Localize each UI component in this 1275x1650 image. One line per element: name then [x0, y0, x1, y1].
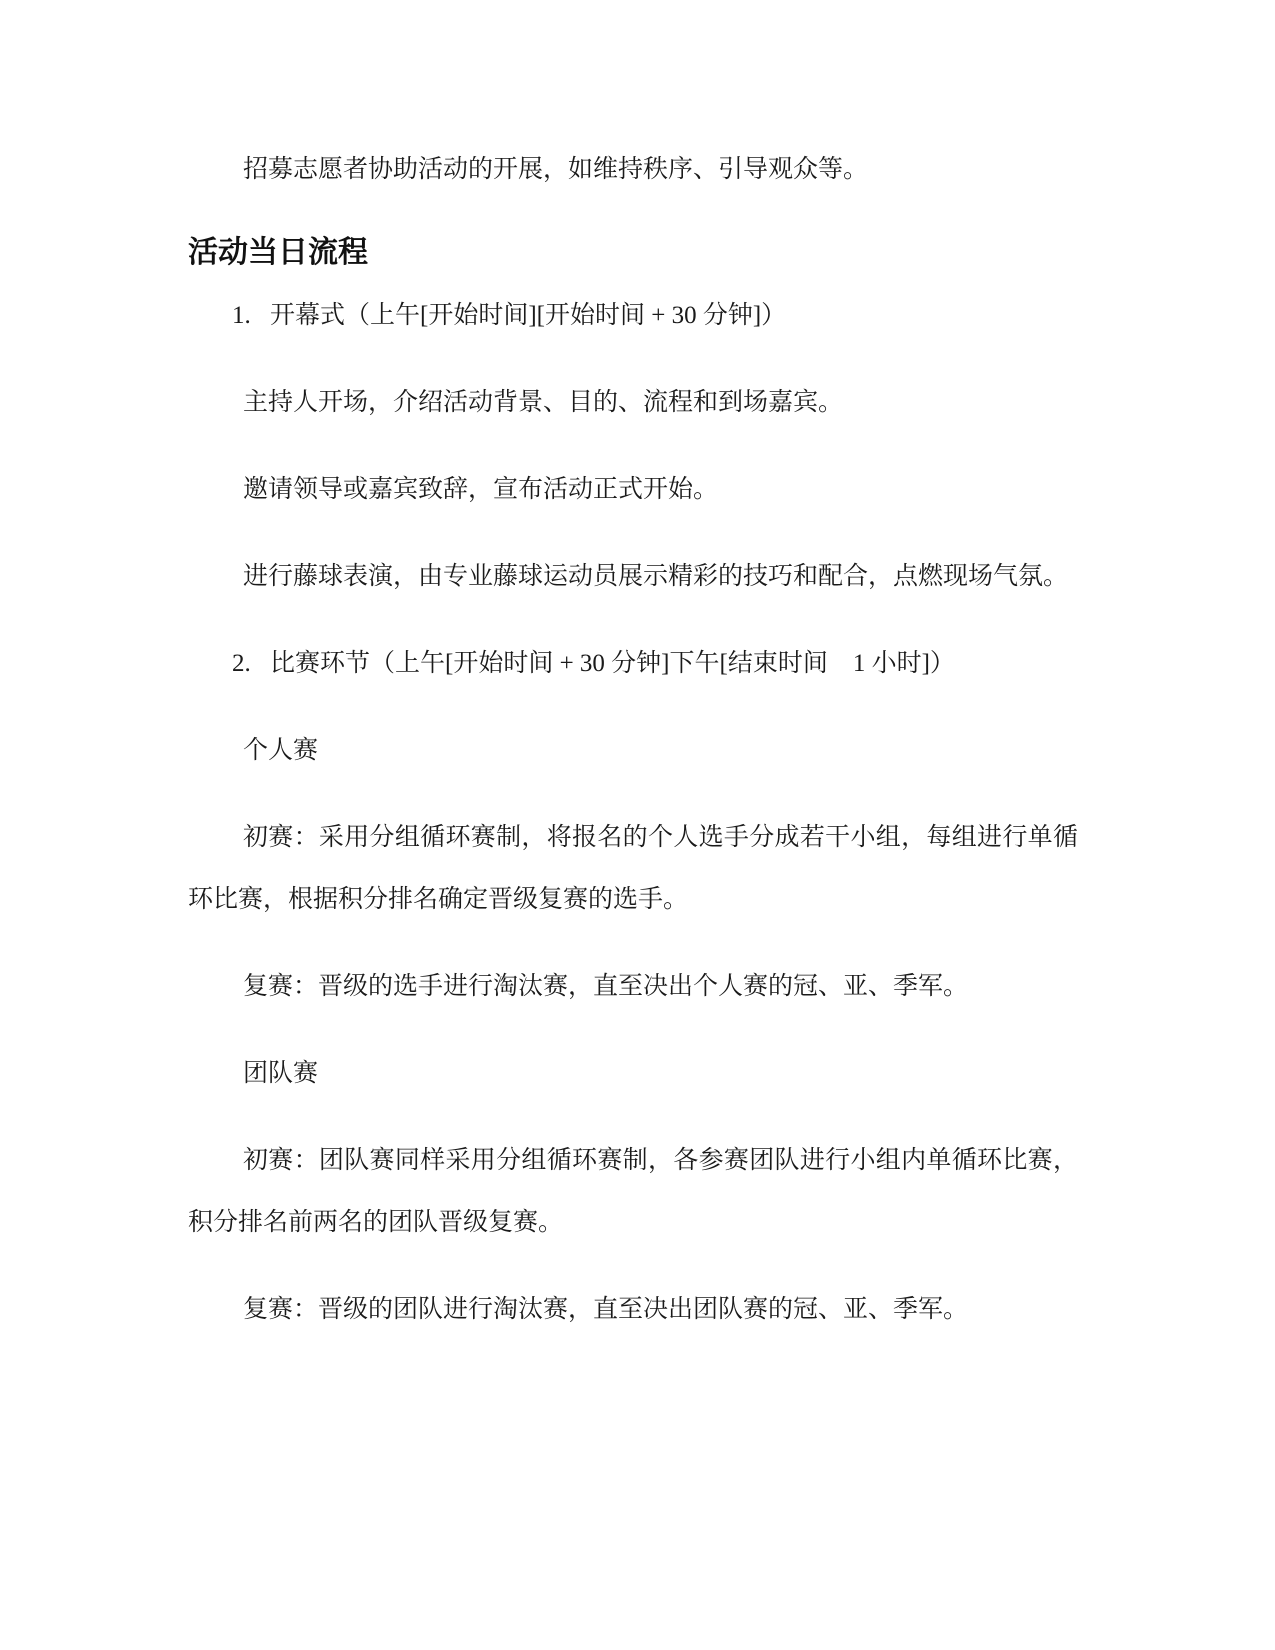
opening-paragraph-performance: 进行藤球表演，由专业藤球运动员展示精彩的技巧和配合，点燃现场气氛。 — [188, 546, 1078, 608]
intro-paragraph: 招募志愿者协助活动的开展，如维持秩序、引导观众等。 — [188, 139, 1078, 201]
opening-paragraph-speech: 邀请领导或嘉宾致辞，宣布活动正式开始。 — [188, 459, 1078, 521]
list-item-text: 比赛环节（上午[开始时间 + 30 分钟]下午[结束时间 1 小时]） — [270, 650, 955, 677]
list-item-number: 1. — [232, 285, 270, 347]
opening-paragraph-host: 主持人开场，介绍活动背景、目的、流程和到场嘉宾。 — [188, 372, 1078, 434]
list-item-opening-ceremony: 1.开幕式（上午[开始时间][开始时间 + 30 分钟]） — [188, 285, 1078, 347]
subsection-label-individual: 个人赛 — [188, 720, 1078, 782]
subsection-label-team: 团队赛 — [188, 1043, 1078, 1105]
team-final-paragraph: 复赛：晋级的团队进行淘汰赛，直至决出团队赛的冠、亚、季军。 — [188, 1279, 1078, 1341]
team-preliminary-paragraph: 初赛：团队赛同样采用分组循环赛制，各参赛团队进行小组内单循环比赛，积分排名前两名… — [188, 1130, 1078, 1254]
list-item-text: 开幕式（上午[开始时间][开始时间 + 30 分钟]） — [270, 302, 786, 329]
document-page: 招募志愿者协助活动的开展，如维持秩序、引导观众等。 活动当日流程 1.开幕式（上… — [0, 0, 1275, 1650]
document-body: 招募志愿者协助活动的开展，如维持秩序、引导观众等。 活动当日流程 1.开幕式（上… — [0, 0, 1275, 1341]
individual-final-paragraph: 复赛：晋级的选手进行淘汰赛，直至决出个人赛的冠、亚、季军。 — [188, 956, 1078, 1018]
list-item-competition: 2.比赛环节（上午[开始时间 + 30 分钟]下午[结束时间 1 小时]） — [188, 633, 1078, 695]
section-heading: 活动当日流程 — [188, 229, 1078, 277]
individual-preliminary-paragraph: 初赛：采用分组循环赛制，将报名的个人选手分成若干小组，每组进行单循环比赛，根据积… — [188, 807, 1078, 931]
list-item-number: 2. — [232, 633, 270, 695]
